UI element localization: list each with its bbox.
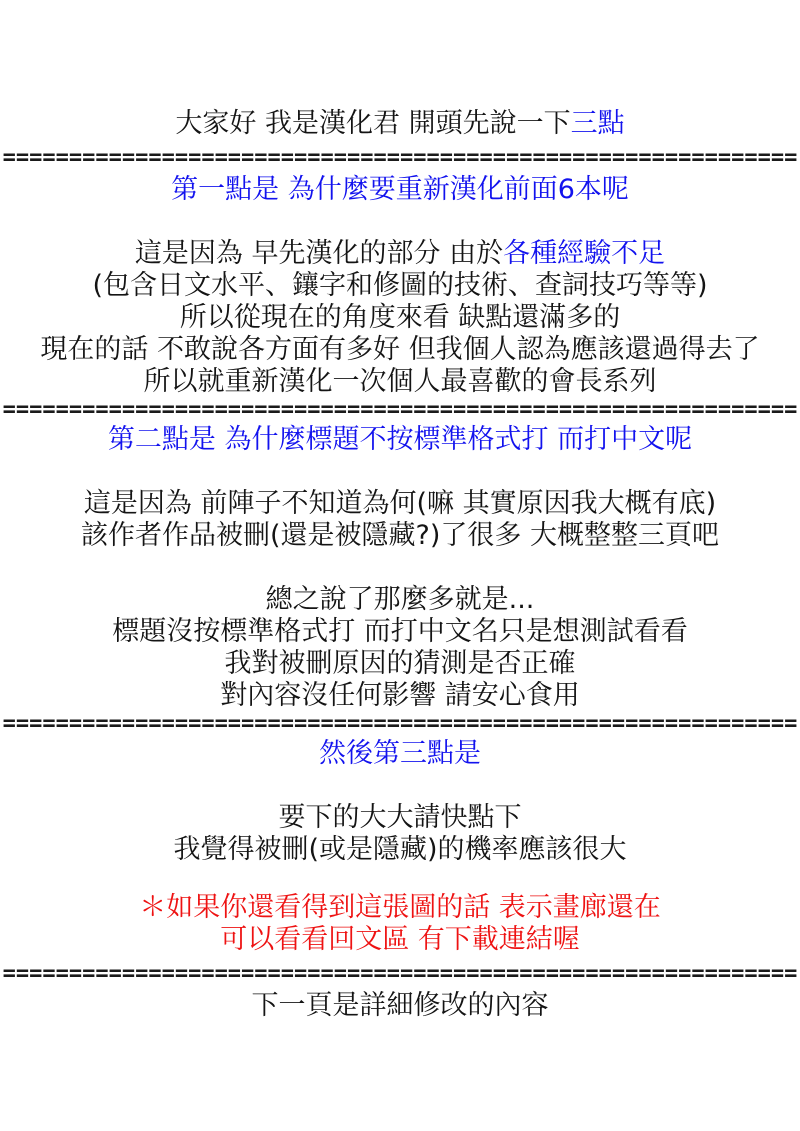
separator-line-2: ========================================… [0, 400, 800, 420]
section2-paragraph-2: 總之說了那麼多就是... 標題沒按標準格式打 而打中文名只是想測試看看 我對被刪… [0, 584, 800, 712]
title-text-black: 大家好 我是漢化君 開頭先說一下 [175, 108, 570, 139]
section1-paragraph: 這是因為 早先漢化的部分 由於各種經驗不足 (包含日文水平、鑲字和修圖的技術、查… [0, 238, 800, 398]
section1-line2: (包含日文水平、鑲字和修圖的技術、查詞技巧等等) [0, 270, 800, 302]
section2-para1-line2: 該作者作品被刪(還是被隱藏?)了很多 大概整整三頁吧 [0, 520, 800, 552]
section2-para1-line1: 這是因為 前陣子不知道為何(嘛 其實原因我大概有底) [0, 488, 800, 520]
separator-line-4: ========================================… [0, 964, 800, 984]
section2-para2-line4: 對內容沒任何影響 請安心食用 [0, 680, 800, 712]
section2-para2-line1: 總之說了那麼多就是... [0, 584, 800, 616]
note-line1: ＊如果你還看得到這張圖的話 表示畫廊還在 [0, 892, 800, 924]
section3-heading: 然後第三點是 [0, 738, 800, 770]
section2-paragraph-1: 這是因為 前陣子不知道為何(嘛 其實原因我大概有底) 該作者作品被刪(還是被隱藏… [0, 488, 800, 552]
section1-line1: 這是因為 早先漢化的部分 由於各種經驗不足 [0, 238, 800, 270]
separator-line-1: ========================================… [0, 148, 800, 168]
section3-line2: 我覺得被刪(或是隱藏)的機率應該很大 [0, 834, 800, 866]
separator-line-3: ========================================… [0, 714, 800, 734]
section1-line1-black: 這是因為 早先漢化的部分 由於 [135, 238, 503, 269]
section1-line4: 現在的話 不敢說各方面有多好 但我個人認為應該還過得去了 [0, 334, 800, 366]
section1-heading: 第一點是 為什麼要重新漢化前面6本呢 [0, 174, 800, 206]
section3-line1: 要下的大大請快點下 [0, 802, 800, 834]
gallery-warning-note: ＊如果你還看得到這張圖的話 表示畫廊還在 可以看看回文區 有下載連結喔 [0, 892, 800, 956]
section2-para2-line3: 我對被刪原因的猜測是否正確 [0, 648, 800, 680]
title-text-blue-highlight: 三點 [571, 108, 625, 139]
section2-para2-line2: 標題沒按標準格式打 而打中文名只是想測試看看 [0, 616, 800, 648]
section1-line3: 所以從現在的角度來看 缺點還滿多的 [0, 302, 800, 334]
section1-line5: 所以就重新漢化一次個人最喜歡的會長系列 [0, 366, 800, 398]
section1-line1-blue-highlight: 各種經驗不足 [503, 238, 665, 269]
notice-page: 大家好 我是漢化君 開頭先說一下三點 =====================… [0, 0, 800, 1131]
note-line2: 可以看看回文區 有下載連結喔 [0, 924, 800, 956]
page-title: 大家好 我是漢化君 開頭先說一下三點 [0, 108, 800, 140]
section3-paragraph: 要下的大大請快點下 我覺得被刪(或是隱藏)的機率應該很大 [0, 802, 800, 866]
footer-next-page-note: 下一頁是詳細修改的內容 [0, 990, 800, 1022]
section2-heading: 第二點是 為什麼標題不按標準格式打 而打中文呢 [0, 424, 800, 456]
